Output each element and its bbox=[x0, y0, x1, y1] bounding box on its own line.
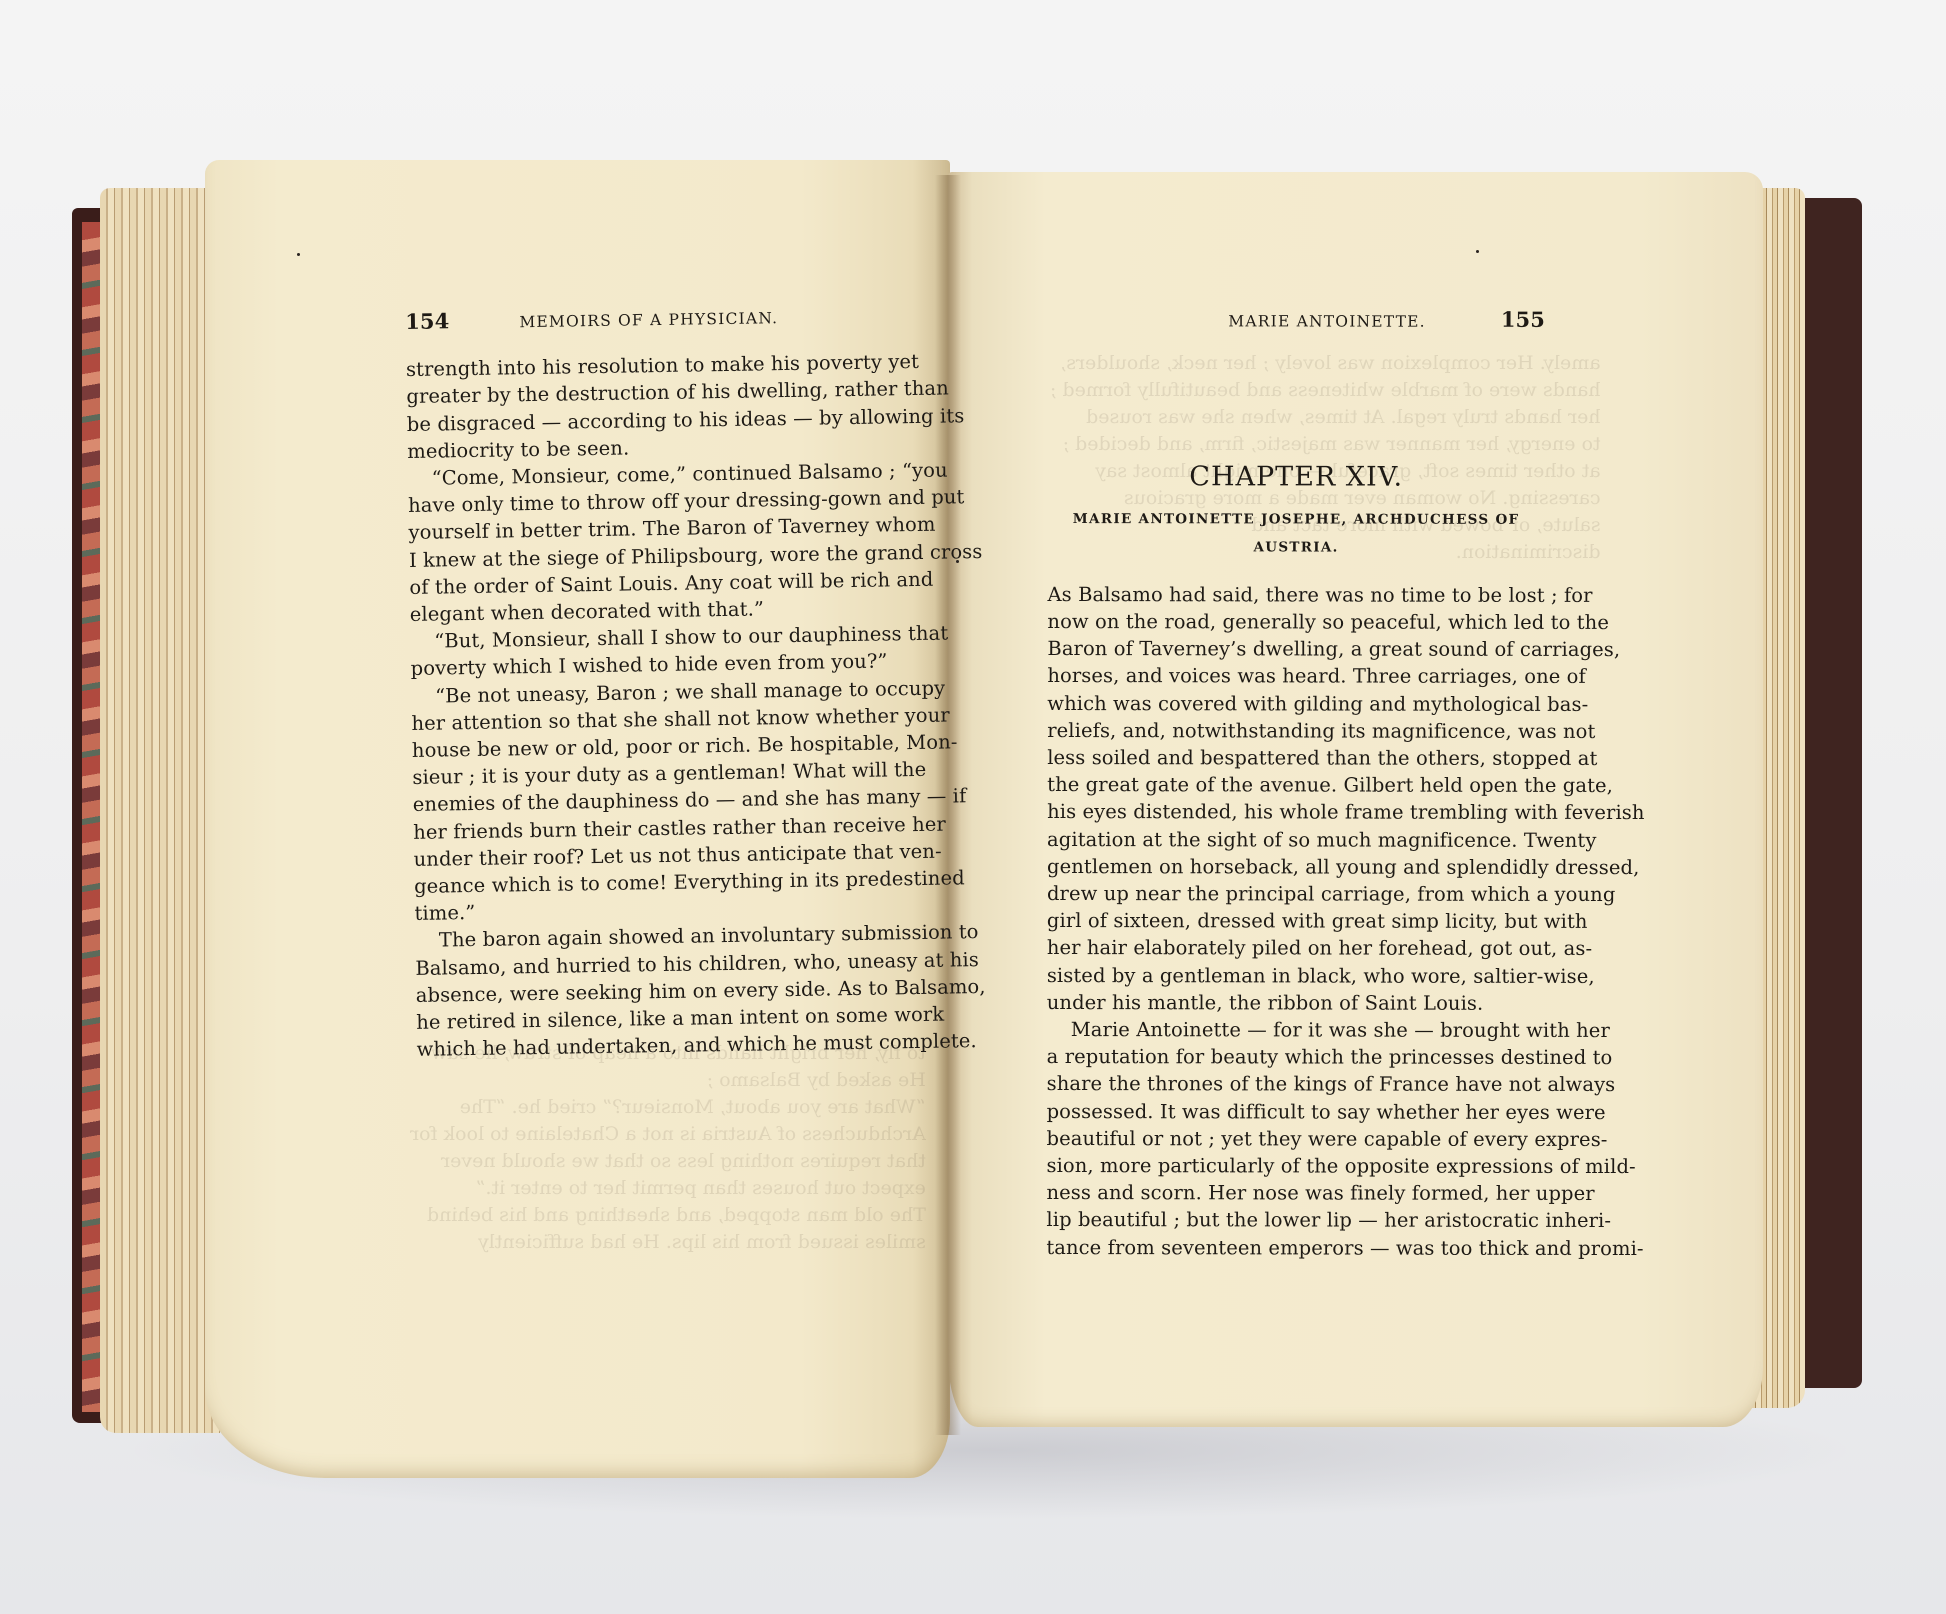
text-line: sisted by a gentleman in black, who wore… bbox=[1047, 962, 1544, 990]
text-line: share the thrones of the kings of France… bbox=[1047, 1070, 1544, 1098]
right-page-text: MARIE ANTOINETTE. 155 CHAPTER XIV. MARIE… bbox=[1046, 305, 1545, 1262]
right-running-header: MARIE ANTOINETTE. 155 bbox=[1048, 305, 1545, 336]
show-through-text-left: to fly, her bright hands into a heap of … bbox=[410, 1040, 926, 1256]
page-edges-left bbox=[100, 188, 220, 1433]
text-line: under his mantle, the ribbon of Saint Lo… bbox=[1047, 989, 1544, 1017]
chapter-subtitle: MARIE ANTOINETTE JOSEPHE, ARCHDUCHESS OF… bbox=[1048, 506, 1545, 561]
text-line: lip beautiful ; but the lower lip — her … bbox=[1046, 1206, 1543, 1234]
left-body-lines: strength into his resolution to make his… bbox=[406, 348, 913, 1063]
text-line: agitation at the sight of so much magnif… bbox=[1047, 826, 1544, 854]
text-line: Marie Antoinette — for it was she — brou… bbox=[1047, 1016, 1544, 1044]
text-line: ness and scorn. Her nose was finely form… bbox=[1046, 1179, 1543, 1207]
text-line: a reputation for beauty which the prince… bbox=[1047, 1043, 1544, 1071]
text-line: the great gate of the avenue. Gilbert he… bbox=[1047, 771, 1544, 799]
left-page-text: 154 MEMOIRS OF A PHYSICIAN. strength int… bbox=[405, 300, 913, 1063]
text-line: his eyes distended, his whole frame trem… bbox=[1047, 798, 1544, 826]
text-line: drew up near the principal carriage, fro… bbox=[1047, 880, 1544, 908]
text-line: beautiful or not ; yet they were capable… bbox=[1047, 1125, 1544, 1153]
text-line: tance from seventeen emperors — was too … bbox=[1046, 1234, 1543, 1262]
chapter-title: CHAPTER XIV. bbox=[1048, 463, 1545, 491]
text-line: girl of sixteen, dressed with great simp… bbox=[1047, 907, 1544, 935]
left-running-header: 154 MEMOIRS OF A PHYSICIAN. bbox=[405, 300, 901, 338]
text-line: less soiled and bespattered than the oth… bbox=[1047, 744, 1544, 772]
page-number-left: 154 bbox=[405, 307, 450, 335]
text-line: now on the road, generally so peaceful, … bbox=[1047, 608, 1544, 636]
paper-speck bbox=[1476, 250, 1479, 253]
text-line: As Balsamo had said, there was no time t… bbox=[1047, 581, 1544, 609]
page-number-right: 155 bbox=[1501, 306, 1545, 333]
running-title-right: MARIE ANTOINETTE. bbox=[1228, 308, 1426, 336]
text-line: reliefs, and, notwithstanding its magnif… bbox=[1047, 717, 1544, 745]
text-line: her hair elaborately piled on her forehe… bbox=[1047, 934, 1544, 962]
text-line: which was covered with gilding and mytho… bbox=[1047, 690, 1544, 718]
text-line: horses, and voices was heard. Three carr… bbox=[1047, 662, 1544, 690]
text-line: possessed. It was difficult to say wheth… bbox=[1047, 1098, 1544, 1126]
text-line: Baron of Taverney’s dwelling, a great so… bbox=[1047, 635, 1544, 663]
text-line: gentlemen on horseback, all young and sp… bbox=[1047, 853, 1544, 881]
paper-speck bbox=[297, 253, 300, 256]
right-body-lines: As Balsamo had said, there was no time t… bbox=[1046, 581, 1544, 1262]
running-title-left: MEMOIRS OF A PHYSICIAN. bbox=[519, 305, 778, 336]
text-line: sion, more particularly of the opposite … bbox=[1046, 1152, 1543, 1180]
